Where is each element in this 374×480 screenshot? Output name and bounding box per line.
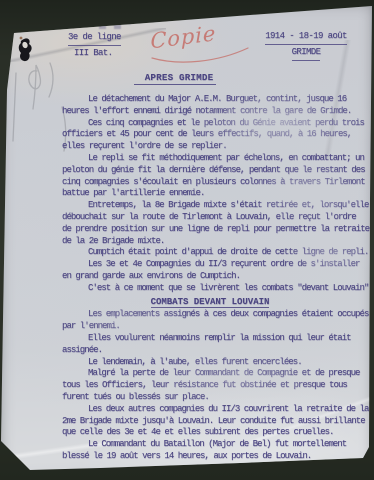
document-page: 3e de ligne III Bat. 1914 - 18-19 août G… — [0, 0, 374, 480]
section-heading: COMBATS DEVANT LOUVAIN — [54, 297, 366, 309]
body-text-line: officiers et 45 pour cent de leurs effec… — [62, 129, 374, 141]
body-text-line: Entretemps, la 8e Brigade mixte s'était … — [62, 200, 374, 212]
body-text-line: Elles voulurent néanmoins remplir la mis… — [62, 333, 374, 345]
body-text-line: 2me Brigade mixte jusqu'à Louvain. Leur … — [62, 416, 374, 428]
body-text-line: tous les Officiers, leur résistance fut … — [62, 380, 374, 392]
faint-stamp-mark — [129, 13, 134, 25]
body-text-line: cinq compagnies s'écoulait en plusieurs … — [62, 177, 374, 189]
title-row: APRES GRIMDE — [0, 72, 362, 85]
body-text-line: Les deux autres compagnies du II/3 couvr… — [62, 404, 374, 416]
body-text-line: Le Commandant du Bataillon (Major de Bel… — [62, 439, 374, 451]
body-text-line: Malgré la perte de leur Commandant de Co… — [62, 368, 374, 380]
body-text-line: par l'ennemi. — [62, 321, 374, 333]
body-text-line: Les emplacements assignés à ces deux com… — [62, 309, 374, 321]
header-date-block: 1914 - 18-19 août GRIMDE — [256, 29, 356, 61]
document-body: Le détachement du Major A.E.M. Burguet, … — [62, 94, 374, 463]
body-text-line: heures l'effort ennemi dirigé notamment … — [62, 106, 374, 118]
body-text-line: de prendre position sur une ligne de rep… — [62, 224, 374, 236]
body-text-line: que celle des 3e et 4e et elles subirent… — [62, 427, 374, 439]
battalion-label: III Bat. — [74, 48, 112, 58]
body-text-line: débouchait sur la route de Tirlemont à L… — [62, 212, 374, 224]
body-text-line: en grand garde aux environs de Cumptich. — [62, 271, 374, 283]
body-text-line: C'est à ce moment que se livrèrent les c… — [62, 283, 374, 295]
body-text-line: Ces cinq compagnies et le peloton du Gén… — [62, 118, 374, 130]
photo-backdrop: 3e de ligne III Bat. 1914 - 18-19 août G… — [0, 0, 374, 480]
body-text-line: peloton du génie fit la dernière défense… — [62, 165, 374, 177]
body-text-line: battue par l'artillerie ennemie. — [62, 188, 374, 200]
faint-stamp-mark — [114, 21, 121, 29]
body-text-line: Cumptich était point d'appui de droite d… — [62, 247, 374, 259]
body-text-line: blessé le 19 août vers 14 heures, aux po… — [62, 451, 374, 463]
header-unit-block: 3e de ligne III Bat. — [68, 30, 121, 60]
body-text-line: Le repli se fit méthodiquement par échel… — [62, 153, 374, 165]
document-title: APRES GRIMDE — [134, 72, 217, 85]
faint-stamp-mark — [99, 21, 106, 29]
date-label: 1914 - 18-19 août — [265, 29, 347, 45]
body-text-line: elles reçurent l'ordre de se replier. — [62, 141, 374, 153]
place-label: GRIMDE — [292, 45, 321, 61]
body-text-line: furent tués ou blessés sur place. — [62, 392, 374, 404]
body-text-line: Le lendemain, à l'aube, elles furent enc… — [62, 357, 374, 369]
body-text-line: de la 2e Brigade mixte. — [62, 236, 374, 248]
regiment-label: 3e de ligne — [68, 30, 121, 46]
body-text-line: Le détachement du Major A.E.M. Burguet, … — [62, 94, 374, 106]
body-text-line: Les 3e et 4e Compagnies du II/3 reçurent… — [62, 259, 374, 271]
body-text-line: assignée. — [62, 345, 374, 357]
copy-annotation-flourish — [146, 40, 256, 66]
